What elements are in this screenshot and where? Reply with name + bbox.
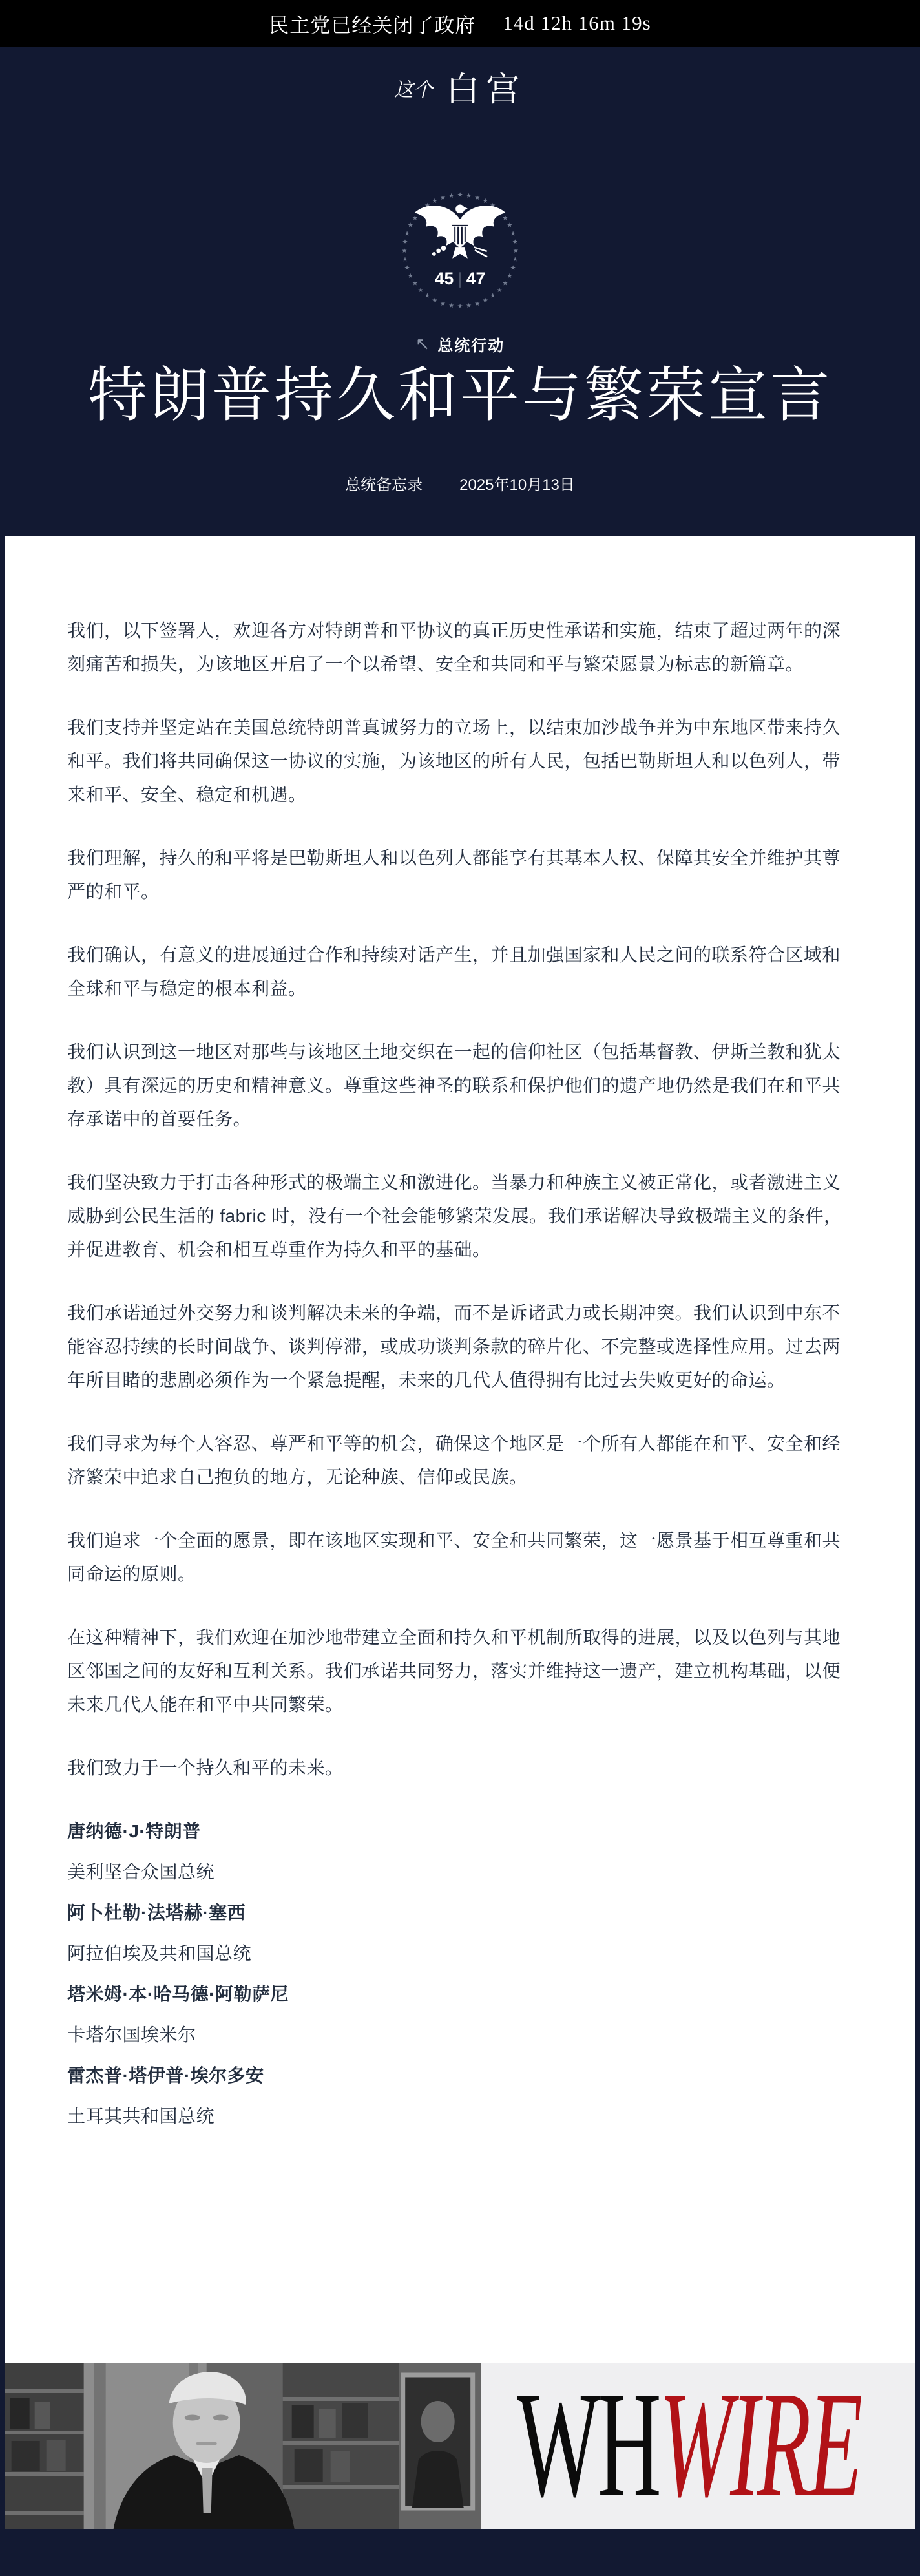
paragraph: 我们寻求为每个人容忍、尊严和平等的机会，确保这个地区是一个所有人都能在和平、安全… [67,1427,853,1494]
whwire-logo-red: WIRE [659,2363,861,2528]
signature-name: 唐纳德·J·特朗普 [67,1815,853,1848]
site-header: 这个 白宫 [0,47,920,111]
paragraph: 我们，以下签署人，欢迎各方对特朗普和平协议的真正历史性承诺和实施，结束了超过两年… [67,614,853,681]
seal-star: ★ [507,273,512,280]
seal-star: ★ [502,280,508,288]
whwire-logo-area: WHWIRE [481,2363,915,2529]
breadcrumb-presidential-actions[interactable]: ↖ 总统行动 [0,333,920,354]
page-title: 特朗普持久和平与繁荣宣言 [0,363,920,428]
seal-star: ★ [408,273,413,280]
trump-oval-office-photo [5,2363,481,2529]
seal-star: ★ [490,293,496,300]
seal-star: ★ [483,297,488,304]
signature-name: 阿卜杜勒·法塔赫·塞西 [67,1896,853,1930]
seal-star: ★ [483,198,488,205]
seal-star: ★ [432,297,437,304]
seal-star: ★ [408,222,413,229]
trump-photo-illustration [5,2363,481,2529]
seal-star: ★ [440,195,446,202]
seal-star: ★ [424,293,430,300]
seal-star: ★ [412,215,418,222]
eagle-icon [414,205,505,259]
seal-star: ★ [404,231,410,238]
seal-star: ★ [474,301,480,308]
signature-title: 卡塔尔国埃米尔 [67,2018,853,2052]
signature-title: 美利坚合众国总统 [67,1855,853,1889]
meta-date: 2025年10月13日 [459,472,575,494]
shutdown-banner[interactable]: 民主党已经关闭了政府 14d 12h 16m 19s [0,0,920,47]
seal-star: ★ [510,231,516,238]
seal-star: ★ [457,303,463,310]
seal-star: ★ [457,192,463,199]
seal-star: ★ [502,215,508,222]
signature-title: 土耳其共和国总统 [67,2100,853,2133]
paragraph: 我们承诺通过外交努力和谈判解决未来的争端，而不是诉诸武力或长期冲突。我们认识到中… [67,1296,853,1397]
hero-section: ★★★★★★★★★★★★★★★★★★★★★★★★★★★★★★★★★★★★★★★★ [0,187,920,536]
seal-star: ★ [401,248,407,255]
paragraph: 我们理解，持久的和平将是巴勒斯坦人和以色列人都能享有其基本人权、保障其安全并维护… [67,841,853,909]
seal-star: ★ [512,257,518,264]
seal-star: ★ [418,287,424,294]
presidential-seal-icon: ★★★★★★★★★★★★★★★★★★★★★★★★★★★★★★★★★★★★★★★★ [397,187,523,314]
seal-star: ★ [402,257,408,264]
meta-divider [441,473,441,492]
whwire-logo: WHWIRE [517,2369,861,2520]
paragraph: 我们致力于一个持久和平的未来。 [67,1751,853,1785]
banner-countdown: 14d 12h 16m 19s [503,12,651,35]
paragraph: 我们确认，有意义的进展通过合作和持续对话产生，并且加强国家和人民之间的联系符合区… [67,938,853,1006]
seal-star: ★ [440,301,446,308]
site-logo-prefix: 这个 [394,79,433,101]
paragraph: 在这种精神下，我们欢迎在加沙地带建立全面和持久和平机制所取得的进展，以及以色列与… [67,1621,853,1722]
signature-name: 塔米姆·本·哈马德·阿勒萨尼 [67,1978,853,2011]
seal-star: ★ [497,287,503,294]
seal-term-45: 45 [435,269,454,288]
article-body: 我们，以下签署人，欢迎各方对特朗普和平协议的真正历史性承诺和实施，结束了超过两年… [5,536,915,2363]
site-logo-main: 白宫 [446,72,526,109]
seal-term-47: 47 [466,269,485,288]
seal-star: ★ [448,302,454,310]
presidential-seal: ★★★★★★★★★★★★★★★★★★★★★★★★★★★★★★★★★★★★★★★★ [397,187,523,314]
site-logo[interactable]: 这个 白宫 [0,70,920,111]
whwire-logo-black: WH [517,2363,659,2528]
paragraph: 我们支持并坚定站在美国总统特朗普真诚努力的立场上，以结束加沙战争并为中东地区带来… [67,711,853,812]
seal-star: ★ [507,222,512,229]
seal-star: ★ [448,193,454,200]
breadcrumb-label: 总统行动 [437,333,505,355]
whwire-promo-banner[interactable]: WHWIRE [5,2363,915,2529]
article-meta: 总统备忘录 2025年10月13日 [0,469,920,496]
seal-star: ★ [412,280,418,288]
up-left-arrow-icon: ↖ [415,335,430,353]
seal-star: ★ [466,302,472,310]
paragraph: 我们坚决致力于打击各种形式的极端主义和激进化。当暴力和种族主义被正常化，或者激进… [67,1166,853,1267]
seal-star: ★ [466,193,472,200]
seal-star: ★ [512,239,518,246]
seal-star: ★ [513,248,519,255]
paragraph: 我们追求一个全面的愿景，即在该地区实现和平、安全和共同繁荣，这一愿景基于相互尊重… [67,1524,853,1591]
seal-star: ★ [432,198,437,205]
seal-star: ★ [404,265,410,272]
seal-star: ★ [402,239,408,246]
signature-name: 雷杰普·塔伊普·埃尔多安 [67,2059,853,2093]
signature-title: 阿拉伯埃及共和国总统 [67,1937,853,1970]
seal-star: ★ [474,195,480,202]
meta-category: 总统备忘录 [345,472,423,494]
banner-message: 民主党已经关闭了政府 [269,9,476,38]
paragraph: 我们认识到这一地区对那些与该地区土地交织在一起的信仰社区（包括基督教、伊斯兰教和… [67,1035,853,1136]
bottom-navy-spacer [0,2529,920,2576]
seal-star: ★ [510,265,516,272]
